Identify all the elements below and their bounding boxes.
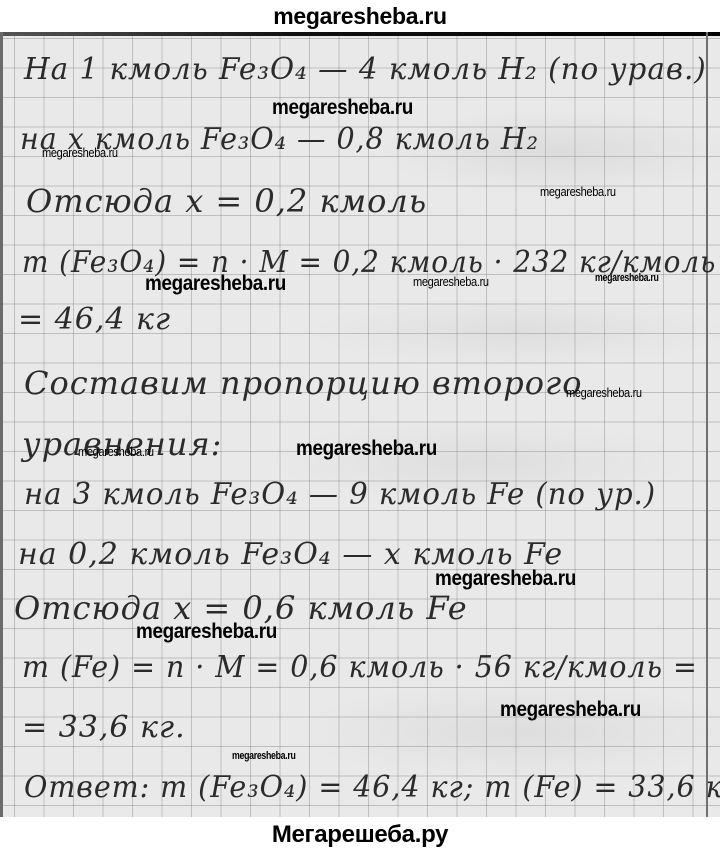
solution-line: m (Fe) = n · M = 0,6 кмоль · 56 кг/кмоль… bbox=[22, 650, 698, 685]
watermark: megaresheba.ru bbox=[435, 567, 576, 591]
site-footer-watermark: Мегарешеба.ру bbox=[0, 817, 720, 852]
site-header-watermark: megaresheba.ru bbox=[0, 0, 720, 32]
solution-line: Отсюда x = 0,2 кмоль bbox=[26, 182, 427, 220]
watermark: megaresheba.ru bbox=[136, 620, 277, 644]
watermark: megaresheba.ru bbox=[413, 274, 489, 289]
solution-line: = 46,4 кг bbox=[18, 302, 171, 337]
watermark: megaresheba.ru bbox=[540, 184, 616, 199]
watermark: megaresheba.ru bbox=[296, 437, 437, 461]
watermark: megaresheba.ru bbox=[272, 96, 413, 120]
watermark: megaresheba.ru bbox=[145, 272, 286, 296]
solution-line: = 33,6 кг. bbox=[22, 710, 186, 745]
solution-line: на 3 кмоль Fe₃O₄ — 9 кмоль Fe (по ур.) bbox=[24, 477, 656, 512]
solution-line: Составим пропорцию второго bbox=[24, 364, 582, 402]
watermark: megaresheba.ru bbox=[78, 444, 154, 459]
watermark: megaresheba.ru bbox=[500, 698, 641, 722]
margin-line bbox=[706, 32, 708, 817]
page-left-edge bbox=[0, 32, 3, 817]
solution-line: На 1 кмоль Fe₃O₄ — 4 кмоль H₂ (по урав.) bbox=[24, 52, 707, 87]
watermark: megaresheba.ru bbox=[566, 385, 642, 400]
notebook-page: На 1 кмоль Fe₃O₄ — 4 кмоль H₂ (по урав.)… bbox=[0, 32, 720, 817]
watermark: megaresheba.ru bbox=[42, 145, 118, 160]
watermark: megaresheba.ru bbox=[232, 750, 296, 762]
watermark: megaresheba.ru bbox=[595, 272, 659, 284]
solution-answer-line: Ответ: m (Fe₃O₄) = 46,4 кг; m (Fe) = 33,… bbox=[24, 770, 720, 805]
